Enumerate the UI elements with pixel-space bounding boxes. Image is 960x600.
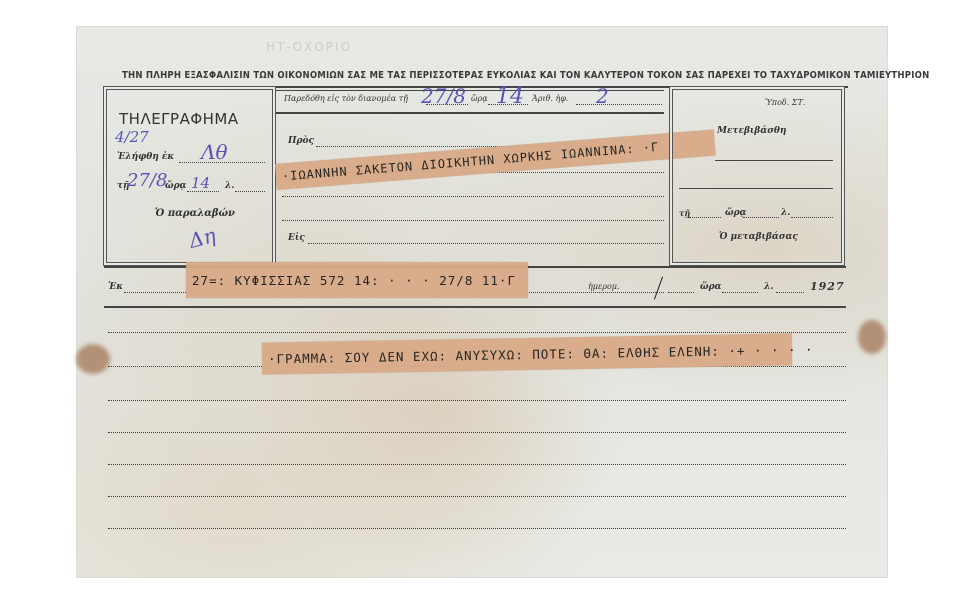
delivery-bottom-rule [276, 112, 664, 114]
number-label: Ἀριθ. ἡφ. [532, 94, 568, 103]
handwritten-number: 4/27 [115, 128, 149, 146]
receipt-box: ΤΗΛΕΓΡΑΦΗΜΑ 4/27 Ἐλήφθη ἐκ Λθ τῇ 27/8 ὥρ… [106, 89, 273, 263]
minutes-label: λ. [225, 181, 234, 191]
receiver-signature: Δη [186, 223, 218, 253]
stain-right [858, 320, 886, 354]
message-line [108, 528, 846, 529]
fwd-minutes-label: λ. [781, 208, 790, 218]
message-tape: ·ΓΡΑΜΜΑ: ΣΟΥ ΔΕΝ ΕΧΩ: ΑΝΥΣΥΧΩ: ΠΟΤΕ: ΘΑ:… [262, 333, 792, 374]
sub-label: Ὑποδ. ΣΤ. [765, 98, 805, 107]
message-line [108, 496, 846, 497]
origin-slash [654, 277, 663, 300]
origin-day-label: ἡμερομ. [588, 282, 620, 291]
origin-year: 1927 [810, 280, 845, 293]
forwarded-line-1 [715, 160, 833, 161]
telegram-form: ΗΤ-ΟΧΟΡΙΟ ΤΗΝ ΠΛΗΡΗ ΕΞΑΣΦΑΛΙΣΙΝ ΤΩΝ ΟΙΚΟ… [76, 26, 888, 578]
origin-bottom-rule [104, 306, 846, 308]
forwarder-label: Ὁ μεταβιβάσας [719, 232, 798, 242]
faint-reference-stamp: ΗΤ-ΟΧΟΡΙΟ [266, 40, 352, 54]
forwarding-box: Ὑποδ. ΣΤ. Μετεβιβάσθη τῇ ὥρᾳ λ. Ὁ μεταβι… [672, 89, 842, 263]
hour-label: ὥρᾳ [165, 181, 186, 191]
delivered-hour: 14 [496, 84, 524, 109]
delivered-label: Παρεδόθη εἰς τὸν διανομέα τῇ [284, 94, 408, 103]
delivered-date: 27/8 [421, 84, 466, 108]
origin-minutes-line [722, 292, 758, 293]
message-line [108, 332, 846, 333]
stain-left [76, 344, 110, 374]
received-from-label: Ἐλήφθη ἐκ [117, 152, 174, 162]
to-line-4 [282, 220, 664, 221]
origin-year-line [776, 292, 804, 293]
origin-hour-line [668, 292, 694, 293]
message-line [108, 464, 846, 465]
minutes-line [235, 191, 265, 192]
receiver-label: Ὁ παραλαβών [155, 208, 235, 219]
origin-tape: 27=: ΚΥΦΙΣΣΙΑΣ 572 14: · · · 27/8 11·Γ [186, 262, 528, 298]
forwarded-line-2 [679, 188, 833, 189]
number-line [576, 104, 662, 105]
at-label: Εἰς [288, 233, 305, 243]
fwd-hour-line [743, 217, 779, 218]
fwd-minutes-line [791, 217, 833, 218]
recipient-tape: ·ΙΩΑΝΝΗΝ ΣΑΚΕΤΟΝ ΔΙΟΙΚΗΤΗΝ ΧΩΡΚΗΣ ΙΩΑΝΝΙ… [275, 130, 716, 190]
message-line [108, 400, 846, 401]
at-line [308, 243, 664, 244]
forwarded-label: Μετεβιβάσθη [717, 126, 786, 136]
origin-hour-label: ὥρα [700, 282, 721, 292]
number-value: 2 [596, 84, 609, 108]
origin-from-label: Ἐκ [108, 282, 123, 292]
fwd-date-line [689, 217, 721, 218]
header-notice: ΤΗΝ ΠΛΗΡΗ ΕΞΑΣΦΑΛΙΣΙΝ ΤΩΝ ΟΙΚΟΝΟΜΙΩΝ ΣΑΣ… [122, 70, 842, 81]
to-label: Πρὸς [288, 136, 314, 146]
header-rule [104, 86, 848, 88]
to-line-3 [282, 196, 664, 197]
delivered-hour-label: ὥρᾳ [471, 94, 488, 103]
telegram-title: ΤΗΛΕΓΡΑΦΗΜΑ [119, 110, 239, 128]
hour-value: 14 [191, 174, 210, 192]
date-value: 27/8 [127, 170, 167, 191]
received-from-value: Λθ [201, 140, 227, 164]
message-line [108, 432, 846, 433]
origin-minutes-label: λ. [764, 282, 773, 292]
